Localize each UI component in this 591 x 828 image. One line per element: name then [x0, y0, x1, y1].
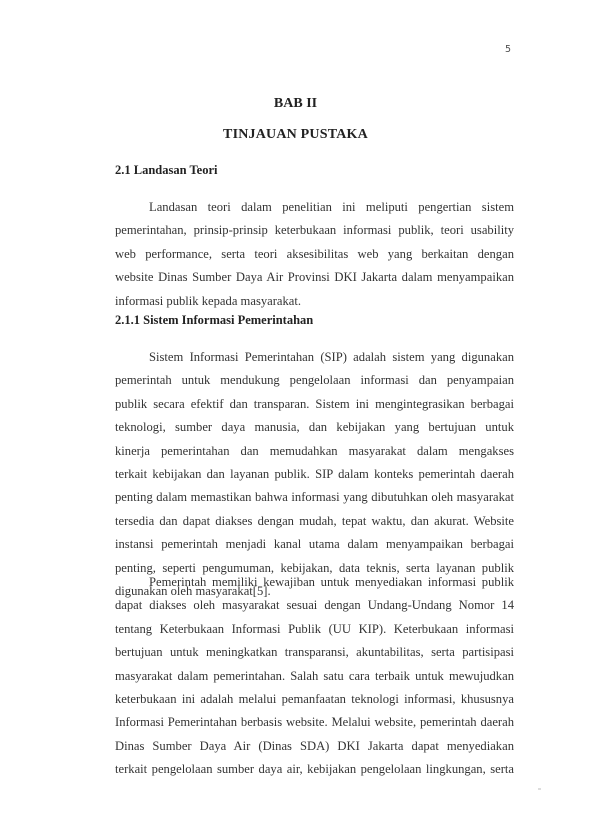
- text-line: teknologi, sumber daya manusia, dan kebi…: [115, 416, 514, 439]
- text-line: tentang Keterbukaan Informasi Publik (UU…: [115, 618, 514, 641]
- page-number: 5: [505, 44, 511, 55]
- text-line: dapat diakses oleh masyarakat sesuai den…: [115, 594, 514, 617]
- text-line: bertujuan untuk meningkatkan transparans…: [115, 641, 514, 664]
- text-line: web performance, serta teori aksesibilit…: [115, 243, 514, 266]
- text-line: publik secara efektif dan transparan. Si…: [115, 393, 514, 416]
- text-line: terkait pengelolaan sumber daya air, keb…: [115, 758, 514, 781]
- paragraph-landasan-teori: Landasan teori dalam penelitian ini meli…: [115, 196, 514, 313]
- text-line: Sistem Informasi Pemerintahan (SIP) adal…: [115, 346, 514, 369]
- text-line: informasi publik kepada masyarakat.: [115, 290, 514, 313]
- section-heading-landasan-teori: 2.1 Landasan Teori: [115, 163, 217, 178]
- text-line: kinerja pemerintahan dan memudahkan masy…: [115, 440, 514, 463]
- paragraph-keterbukaan-informasi: Pemerintah memiliki kewajiban untuk meny…: [115, 571, 514, 782]
- scan-artifact: [538, 788, 541, 790]
- text-line: pemerintahan, prinsip-prinsip keterbukaa…: [115, 219, 514, 242]
- chapter-label: BAB II: [0, 96, 591, 112]
- text-line: website Dinas Sumber Daya Air Provinsi D…: [115, 266, 514, 289]
- text-line: keterbukaan ini adalah melalui pemanfaat…: [115, 688, 514, 711]
- text-line: penting dalam memastikan bahwa informasi…: [115, 486, 514, 509]
- chapter-title: TINJAUAN PUSTAKA: [0, 127, 591, 143]
- text-line: Informasi Pemerintahan berbasis website.…: [115, 711, 514, 734]
- paragraph-sip-definition: Sistem Informasi Pemerintahan (SIP) adal…: [115, 346, 514, 603]
- text-line: terkait kebijakan dan layanan publik. SI…: [115, 463, 514, 486]
- text-line: masyarakat dalam pemerintahan. Salah sat…: [115, 665, 514, 688]
- text-line: pemerintah untuk mendukung pengelolaan i…: [115, 369, 514, 392]
- text-line: Pemerintah memiliki kewajiban untuk meny…: [115, 571, 514, 594]
- text-line: Dinas Sumber Daya Air (Dinas SDA) DKI Ja…: [115, 735, 514, 758]
- text-line: instansi pemerintah menjadi kanal utama …: [115, 533, 514, 556]
- text-line: tersedia dan dapat diakses dengan mudah,…: [115, 510, 514, 533]
- section-heading-sistem-informasi: 2.1.1 Sistem Informasi Pemerintahan: [115, 313, 313, 328]
- text-line: Landasan teori dalam penelitian ini meli…: [115, 196, 514, 219]
